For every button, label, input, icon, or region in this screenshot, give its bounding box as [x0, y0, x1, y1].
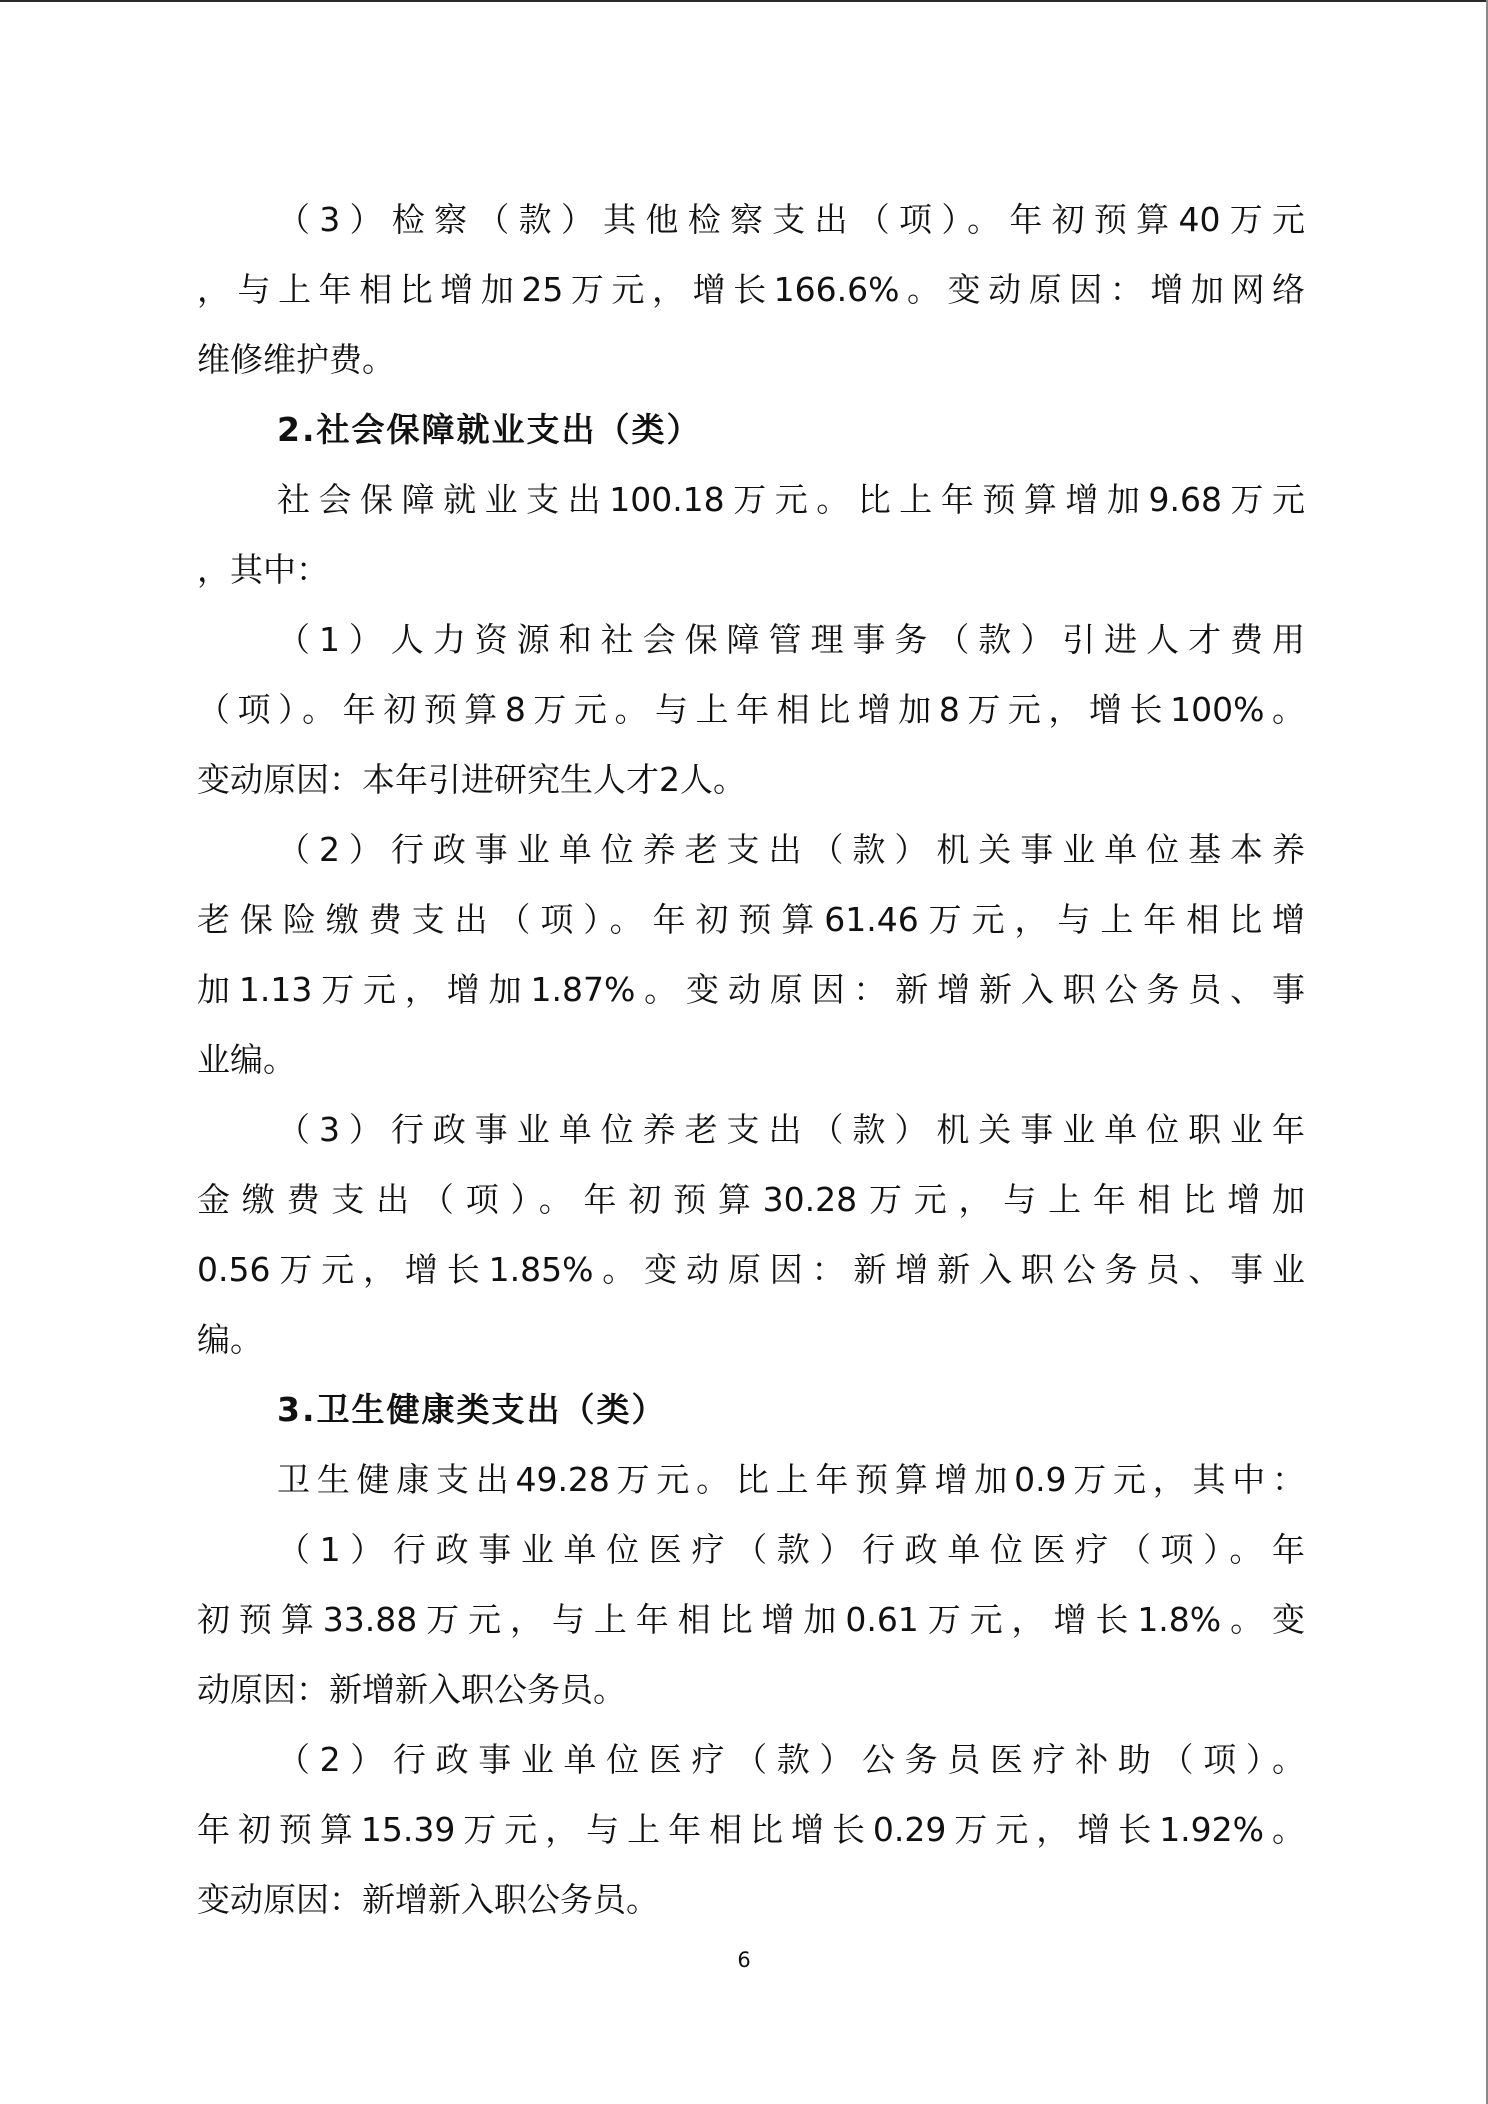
paragraph-line: 变动原因：本年引进研究生人才2人。	[197, 745, 1305, 815]
paragraph-line: 初预算33.88万元，与上年相比增加0.61万元，增长1.8%。变	[197, 1585, 1305, 1655]
paragraph-line: 业编。	[197, 1025, 1305, 1095]
paragraph-line: 年初预算15.39万元，与上年相比增长0.29万元，增长1.92%。	[197, 1795, 1305, 1865]
paragraph-line: 金缴费支出（项）。年初预算30.28万元，与上年相比增加	[197, 1165, 1305, 1235]
page-top-edge	[0, 0, 1488, 2]
paragraph-line: 加1.13万元，增加1.87%。变动原因：新增新入职公务员、事	[197, 955, 1305, 1025]
paragraph-line: 编。	[197, 1305, 1305, 1375]
paragraph-line: 0.56万元，增长1.85%。变动原因：新增新入职公务员、事业	[197, 1235, 1305, 1305]
paragraph-line: （3）检察（款）其他检察支出（项）。年初预算40万元	[277, 185, 1305, 255]
paragraph-line: 维修维护费。	[197, 325, 1305, 395]
paragraph-line: （项）。年初预算8万元。与上年相比增加8万元，增长100%。	[197, 675, 1305, 745]
paragraph-line: （1）人力资源和社会保障管理事务（款）引进人才费用	[277, 605, 1305, 675]
paragraph-line: 卫生健康支出49.28万元。比上年预算增加0.9万元，其中：	[277, 1445, 1305, 1515]
paragraph-line: 变动原因：新增新入职公务员。	[197, 1865, 1305, 1935]
page-number: 6	[0, 1946, 1488, 1974]
paragraph-line: ，与上年相比增加25万元，增长166.6%。变动原因：增加网络	[197, 255, 1305, 325]
paragraph-line: （1）行政事业单位医疗（款）行政单位医疗（项）。年	[277, 1515, 1305, 1585]
paragraph-line: 社会保障就业支出100.18万元。比上年预算增加9.68万元	[277, 465, 1305, 535]
section-heading-social-security: 2.社会保障就业支出（类）	[277, 395, 1305, 465]
paragraph-line: （2）行政事业单位养老支出（款）机关事业单位基本养	[277, 815, 1305, 885]
paragraph-line: 老保险缴费支出（项）。年初预算61.46万元，与上年相比增	[197, 885, 1305, 955]
paragraph-line: （3）行政事业单位养老支出（款）机关事业单位职业年	[277, 1095, 1305, 1165]
paragraph-line: （2）行政事业单位医疗（款）公务员医疗补助（项）。	[277, 1725, 1305, 1795]
paragraph-line: ，其中：	[197, 535, 1305, 605]
section-heading-health: 3.卫生健康类支出（类）	[277, 1375, 1305, 1445]
paragraph-line: 动原因：新增新入职公务员。	[197, 1655, 1305, 1725]
